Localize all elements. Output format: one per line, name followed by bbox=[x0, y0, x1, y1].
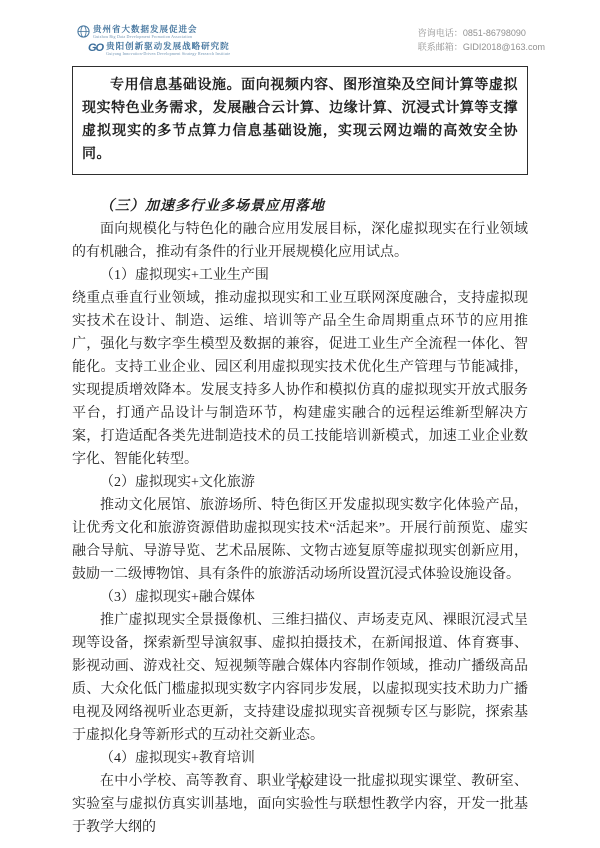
contact-email-address: GIDI2018@163.com bbox=[463, 42, 545, 52]
contact-phone: 咨询电话：0851-86798090 bbox=[418, 26, 545, 40]
association-name-en: Guizhou Big Data Development Promotion A… bbox=[93, 34, 198, 39]
page-number: 170 bbox=[291, 778, 309, 792]
institute-name: 贵阳创新驱动发展战略研究院 Guiyang Innovation-Driven … bbox=[106, 42, 230, 56]
institute-name-en: Guiyang Innovation-Driven Development St… bbox=[106, 51, 230, 56]
document-body: 专用信息基础设施。面向视频内容、图形渲染及空间计算等虚拟现实特色业务需求，发展融… bbox=[72, 66, 528, 839]
item-2-body: 推动文化展馆、旅游场所、特色街区开发虚拟现实数字化体验产品，让优秀文化和旅游资源… bbox=[72, 494, 528, 586]
contact-phone-label: 咨询电话： bbox=[418, 28, 463, 38]
item-2-title: （2）虚拟现实+文化旅游 bbox=[72, 471, 528, 494]
document-page: 贵州省大数据发展促进会 Guizhou Big Data Development… bbox=[0, 0, 600, 848]
document-header: 贵州省大数据发展促进会 Guizhou Big Data Development… bbox=[76, 24, 545, 56]
association-logo: 贵州省大数据发展促进会 Guizhou Big Data Development… bbox=[76, 24, 230, 39]
item-3-body: 推广虚拟现实全景摄像机、三维扫描仪、声场麦克风、裸眼沉浸式呈现等设备，探索新型导… bbox=[72, 609, 528, 747]
institute-logo: GO 贵阳创新驱动发展战略研究院 Guiyang Innovation-Driv… bbox=[88, 41, 230, 56]
institute-logo-icon: GO bbox=[88, 42, 103, 55]
contact-info: 咨询电话：0851-86798090 联系邮箱：GIDI2018@163.com bbox=[418, 24, 545, 54]
callout-text: 专用信息基础设施。面向视频内容、图形渲染及空间计算等虚拟现实特色业务需求，发展融… bbox=[82, 74, 518, 166]
section-intro: 面向规模化与特色化的融合应用发展目标，深化虚拟现实在行业领域的有机融合，推动有条… bbox=[72, 218, 528, 264]
item-1-body: 绕重点垂直行业领域，推动虚拟现实和工业互联网深度融合，支持虚拟现实技术在设计、制… bbox=[72, 287, 528, 471]
logo-block: 贵州省大数据发展促进会 Guizhou Big Data Development… bbox=[76, 24, 230, 56]
globe-emblem-icon bbox=[76, 25, 90, 39]
institute-name-cn: 贵阳创新驱动发展战略研究院 bbox=[106, 42, 230, 51]
association-name-cn: 贵州省大数据发展促进会 bbox=[93, 25, 198, 34]
item-3-title: （3）虚拟现实+融合媒体 bbox=[72, 586, 528, 609]
contact-email-label: 联系邮箱： bbox=[418, 42, 463, 52]
contact-email: 联系邮箱：GIDI2018@163.com bbox=[418, 40, 545, 54]
contact-phone-number: 0851-86798090 bbox=[463, 28, 526, 38]
association-name: 贵州省大数据发展促进会 Guizhou Big Data Development… bbox=[93, 25, 198, 39]
section-heading: （三）加速多行业多场景应用落地 bbox=[72, 195, 528, 218]
page-footer: 170 bbox=[0, 778, 600, 793]
item-4-title: （4）虚拟现实+教育培训 bbox=[72, 747, 528, 770]
item-1-title: （1）虚拟现实+工业生产围 bbox=[72, 264, 528, 287]
callout-box: 专用信息基础设施。面向视频内容、图形渲染及空间计算等虚拟现实特色业务需求，发展融… bbox=[72, 66, 528, 175]
